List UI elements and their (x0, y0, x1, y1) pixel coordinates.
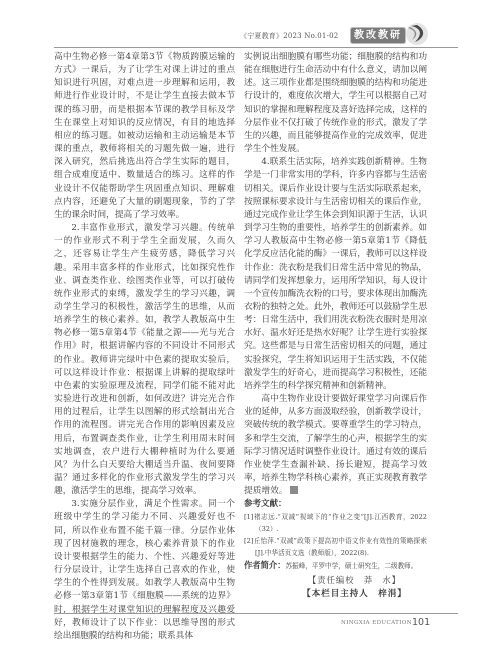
body-paragraph: 2.丰富作业形式，激发学习兴趣。传统单一的作业形式不利于学生全面发展，久而久之，… (54, 222, 235, 498)
author-bio: 作者简介：苏振峰，平罗中学，硕士研究生，二级教师。 (244, 559, 427, 573)
column-host: 【本栏目主持人 梓涓】 (244, 587, 427, 602)
swoosh-icon (405, 22, 429, 46)
page-number: 101 (412, 617, 430, 628)
journal-issue-label: 《宁夏教育》2023 No.01-02 (240, 31, 338, 41)
author-text: 苏振峰，平罗中学，硕士研究生，二级教师。 (286, 562, 418, 570)
body-paragraph: 高中生物必修一第4章第3节《物质跨膜运输的方式》一课后，为了让学生对课上讲过的重… (54, 51, 235, 222)
footer-rule (54, 613, 458, 614)
right-column: 实例说出细胞膜有哪些功能；细胞膜的结构和功能在细胞进行生命活动中有什么意义，请加… (244, 51, 427, 602)
body-paragraph: 实例说出细胞膜有哪些功能；细胞膜的结构和功能在细胞进行生命活动中有什么意义，请加… (244, 51, 427, 156)
conclusion-text: 高中生物作业设计要做好课堂学习向课后作业的延伸，从多方面汲取经验，创新教学设计，… (244, 394, 427, 496)
reference-item: [2]丘怡萍.“双减”政策下提高初中语文作业有效性的策略探索[J].中华活页文选… (244, 535, 427, 559)
section-badge: 教改教研 (350, 27, 406, 44)
body-paragraph: 4.联系生活实际，培养实践创新精神。生物学是一门非常实用的学科，许多内容都与生活… (244, 156, 427, 393)
references-heading: 参考文献： (244, 498, 427, 511)
responsible-editor: 【责任编校 莽 水】 (244, 573, 427, 587)
author-label: 作者简介： (244, 560, 286, 570)
conclusion-paragraph: 高中生物作业设计要做好课堂学习向课后作业的延伸，从多方面汲取经验，创新教学设计，… (244, 393, 427, 498)
body-paragraph: 3.实施分层作业，满足个性需求。同一个班级中学生的学习能力不同、兴趣爱好也不同，… (54, 498, 235, 643)
journal-name-english: NINGXIA EDUCATION (341, 620, 412, 626)
reference-item: [1]褚志远.“双减”视域下的“作业之变”[J].江西教育，2022（32）. (244, 511, 427, 535)
end-mark-icon (290, 486, 298, 494)
left-column: 高中生物必修一第4章第3节《物质跨膜运输的方式》一课后，为了让学生对课上讲过的重… (54, 51, 235, 643)
header-rule (54, 47, 458, 48)
